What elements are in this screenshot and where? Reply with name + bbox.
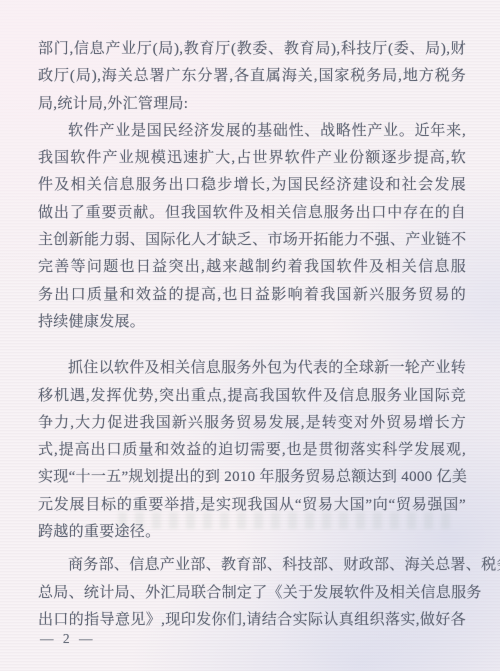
text-line: 主创新能力弱、国际化人才缺乏、市场开拓能力不强、产业链不: [38, 227, 466, 254]
para-joint-issuance: 商务部、信息产业部、教育部、科技部、财政部、海关总署、税务总局、统计局、外汇局联…: [38, 552, 466, 634]
document-body: 部门,信息产业厅(局),教育厅(教委、教育局),科技厅(委、局),财政厅(局),…: [38, 36, 466, 634]
para-software-industry-status: 软件产业是国民经济发展的基础性、战略性产业。近年来,我国软件产业规模迅速扩大,占…: [38, 118, 466, 336]
recipients-continued: 部门,信息产业厅(局),教育厅(教委、教育局),科技厅(委、局),财政厅(局),…: [38, 36, 466, 118]
text-line: 部门,信息产业厅(局),教育厅(教委、教育局),科技厅(委、局),财: [38, 36, 466, 63]
text-line: 抓住以软件及相关信息服务外包为代表的全球新一轮产业转: [38, 355, 466, 382]
text-line: 商务部、信息产业部、教育部、科技部、财政部、海关总署、税务: [38, 552, 466, 579]
text-line: 政厅(局),海关总署广东分署,各直属海关,国家税务局,地方税务: [38, 63, 466, 90]
text-line: 软件产业是国民经济发展的基础性、战略性产业。近年来,: [38, 118, 466, 145]
para-strategic-opportunity: 抓住以软件及相关信息服务外包为代表的全球新一轮产业转移机遇,发挥优势,突出重点,…: [38, 355, 466, 546]
text-line: 式,提高出口质量和效益的迫切需要,也是贯彻落实科学发展观,: [38, 437, 466, 464]
text-line: 局,统计局,外汇管理局:: [38, 91, 466, 118]
text-line: 出口的指导意见》,现印发你们,请结合实际认真组织落实,做好各: [38, 607, 466, 634]
text-line: 争力,大力促进我国新兴服务贸易发展,是转变对外贸易增长方: [38, 410, 466, 437]
text-line: 持续健康发展。: [38, 309, 466, 336]
scanned-document-page: 部门,信息产业厅(局),教育厅(教委、教育局),科技厅(委、局),财政厅(局),…: [0, 0, 500, 671]
text-line: 我国软件产业规模迅速扩大,占世界软件产业份额逐步提高,软: [38, 145, 466, 172]
text-line: 完善等问题也日益突出,越来越制约着我国软件及相关信息服: [38, 254, 466, 281]
text-line: 元发展目标的重要举措,是实现我国从“贸易大国”向“贸易强国”: [38, 492, 466, 519]
text-line: 跨越的重要途径。: [38, 519, 466, 546]
text-line: 做出了重要贡献。但我国软件及相关信息服务出口中存在的自: [38, 200, 466, 227]
text-line: 务出口质量和效益的提高,也日益影响着我国新兴服务贸易的: [38, 282, 466, 309]
text-line: 总局、统计局、外汇局联合制定了《关于发展软件及相关信息服务: [38, 580, 466, 607]
text-line: 件及相关信息服务出口稳步增长,为国民经济建设和社会发展: [38, 172, 466, 199]
text-line: 实现“十一五”规划提出的到 2010 年服务贸易总额达到 4000 亿美: [38, 464, 466, 491]
text-line: 移机遇,发挥优势,突出重点,提高我国软件及信息服务业国际竞: [38, 383, 466, 410]
